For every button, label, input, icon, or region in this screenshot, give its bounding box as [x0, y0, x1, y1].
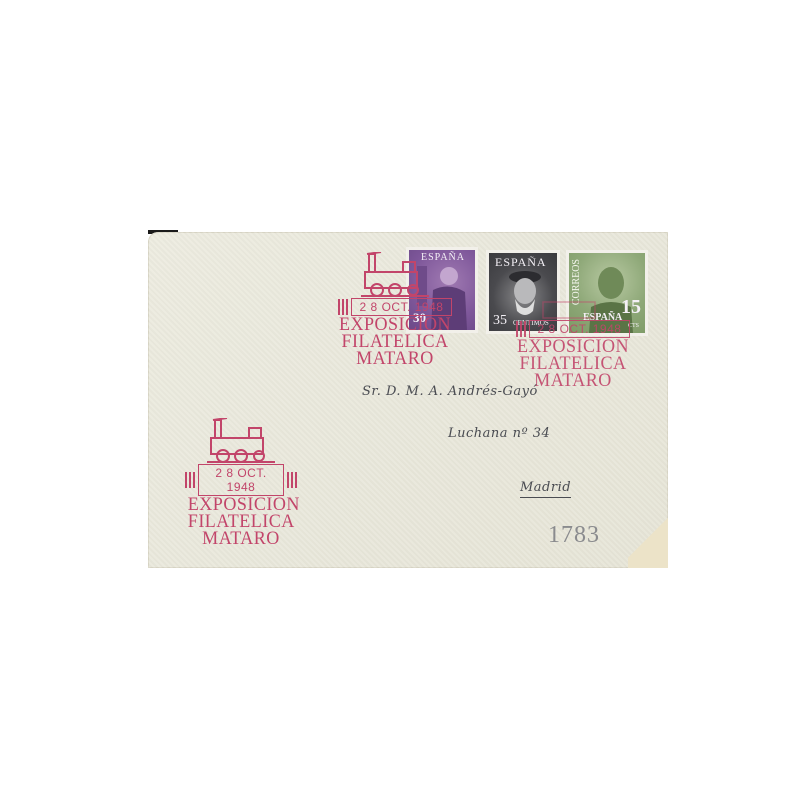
locomotive-icon: [205, 418, 277, 464]
locomotive-icon: [359, 252, 431, 298]
reference-number: 1783: [548, 522, 600, 549]
cancellation-mark: 2 8 OCT. 1948 EXPOSICION FILATELICA MATA…: [508, 300, 638, 389]
cancel-line-3: MATARO: [338, 350, 452, 367]
cancellation-mark: 2 8 OCT. 1948 EXPOSICION FILATELICA MATA…: [335, 252, 455, 367]
cancel-date: 2 8 OCT. 1948: [198, 464, 284, 496]
address-line-3: Madrid: [520, 480, 571, 498]
locomotive-icon: [537, 300, 609, 320]
stamp-value: 35: [493, 313, 507, 329]
cancellation-mark: 2 8 OCT. 1948 EXPOSICION FILATELICA MATA…: [185, 418, 297, 547]
cancel-line-3: MATARO: [188, 530, 294, 547]
corner-fold: [628, 508, 668, 568]
address-line-2: Luchana nº 34: [448, 426, 550, 441]
address-line-1: Sr. D. M. A. Andrés-Gayó: [362, 384, 538, 399]
